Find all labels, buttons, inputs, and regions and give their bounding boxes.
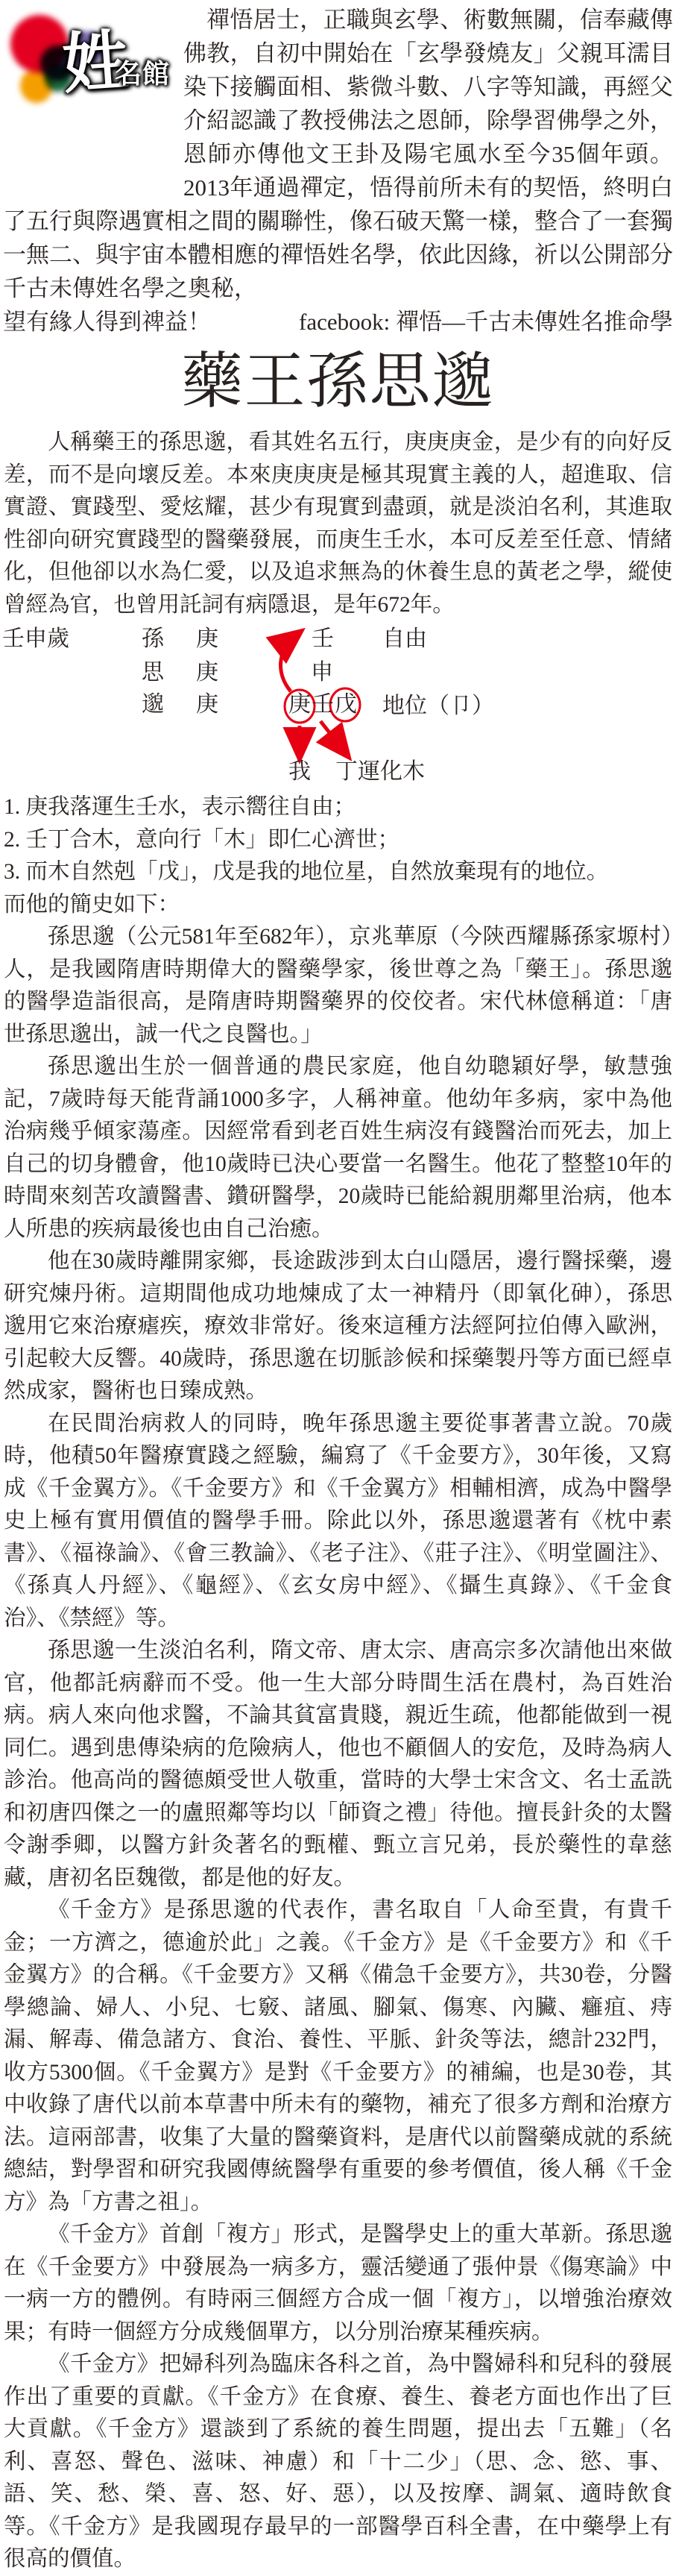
intro-last-line: 望有緣人得到禆益！ facebook: 禪悟—千古未傳姓名推命學 [0, 305, 676, 339]
logo-chars-mingguan: 名館 [115, 60, 170, 89]
body-paragraph: 孫思邈一生淡泊名利，隋文帝、唐太宗、唐高宗多次請他出來做官，他都託病辭而不受。他… [0, 1635, 676, 1894]
body-paragraph: 他在30歲時離開家鄉，長途跋涉到太白山隱居，邊行醫採藥，邊研究煉丹術。這期間他成… [0, 1245, 676, 1408]
arrow-ren-to-luck-icon [320, 721, 345, 753]
note-item-1: 1. 庚我落運生壬水，表示嚮往自由； [4, 791, 672, 824]
logo-blob-orange-icon [20, 69, 53, 103]
brand-logo: 姓 名館 [0, 3, 183, 176]
note-history-lead-in: 而他的簡史如下： [4, 889, 672, 922]
body-paragraph: 孫思邈（公元581年至682年），京兆華原（今陝西耀縣孫家塬村）人，是我國隋唐時… [0, 921, 676, 1051]
diagram-year-branch: 申 [311, 661, 333, 685]
intro-tail-text: 望有緣人得到禆益！ [3, 305, 211, 339]
page-title: 藥王孫思邈 [0, 346, 676, 418]
body-paragraph: 《千金方》把婦科列為臨床各科之首，為中醫婦科和兒科的發展作出了重要的貢獻。《千金… [0, 2349, 676, 2576]
diagram-luck-char-geng: 庚 [288, 692, 312, 717]
diagram-luck-note: 丁運化木 [335, 760, 425, 784]
diagram-luck-char-wu: 戊 [335, 692, 358, 717]
diagram-self-label: 我 [288, 760, 311, 784]
facebook-handle-text: facebook: 禪悟—千古未傳姓名推命學 [299, 305, 673, 339]
diagram-year-label: 壬申歲 [2, 627, 69, 651]
document-page: 姓 名館 禪悟居士，正職與玄學、術數無關，信奉藏傳佛教，自初中開始在「玄學發燒友… [0, 0, 676, 2576]
body-paragraph: 孫思邈出生於一個普通的農民家庭，他自幼聰穎好學，敏慧強記，7歲時每天能背誦100… [0, 1051, 676, 1245]
interpretation-notes: 1. 庚我落運生壬水，表示嚮往自由； 2. 壬丁合木，意向行「木」即仁心濟世； … [0, 788, 676, 921]
diagram-name-char-3: 邈 [142, 693, 164, 717]
header-section: 姓 名館 禪悟居士，正職與玄學、術數無關，信奉藏傳佛教，自初中開始在「玄學發燒友… [0, 0, 676, 339]
diagram-name-char-2: 思 [142, 661, 164, 685]
diagram-name-char-1: 孫 [142, 627, 164, 651]
diagram-stem-char-2: 庚 [196, 661, 218, 685]
diagram-luck-pillar: 庚壬戊 [288, 693, 358, 717]
diagram-stem-char-1: 庚 [196, 627, 218, 651]
body-paragraph: 《千金方》首創「複方」形式，是醫學史上的重大革新。孫思邈在《千金要方》中發展為一… [0, 2219, 676, 2349]
body-paragraph: 《千金方》是孫思邈的代表作，書名取自「人命至貴，有貴千金；一方濟之，德逾於此」之… [0, 1894, 676, 2219]
body-paragraph: 在民間治病救人的同時，晚年孫思邈主要從事著書立說。70歲時，他積50年醫療實踐之… [0, 1408, 676, 1636]
bazi-name-diagram: 壬申歲 孫 思 邈 庚 庚 庚 壬 申 自由 庚壬戊 地位（卩） 我 丁運化木 [0, 623, 676, 788]
diagram-year-stem: 壬 [312, 627, 334, 651]
diagram-luck-char-ren: 壬 [312, 692, 335, 717]
lead-paragraph: 人稱藥王的孫思邈，看其姓名五行，庚庚庚金，是少有的向好反差，而不是向壞反差。本來… [0, 427, 676, 621]
diagram-freedom-label: 自由 [382, 627, 427, 651]
diagram-position-label: 地位（卩） [382, 694, 494, 718]
diagram-stem-char-3: 庚 [196, 693, 218, 717]
arrow-geng-to-year-stem-icon [281, 635, 297, 691]
note-item-3: 3. 而木自然剋「戊」，戊是我的地位星，自然放棄現有的地位。 [4, 856, 672, 889]
note-item-2: 2. 壬丁合木，意向行「木」即仁心濟世； [4, 824, 672, 857]
